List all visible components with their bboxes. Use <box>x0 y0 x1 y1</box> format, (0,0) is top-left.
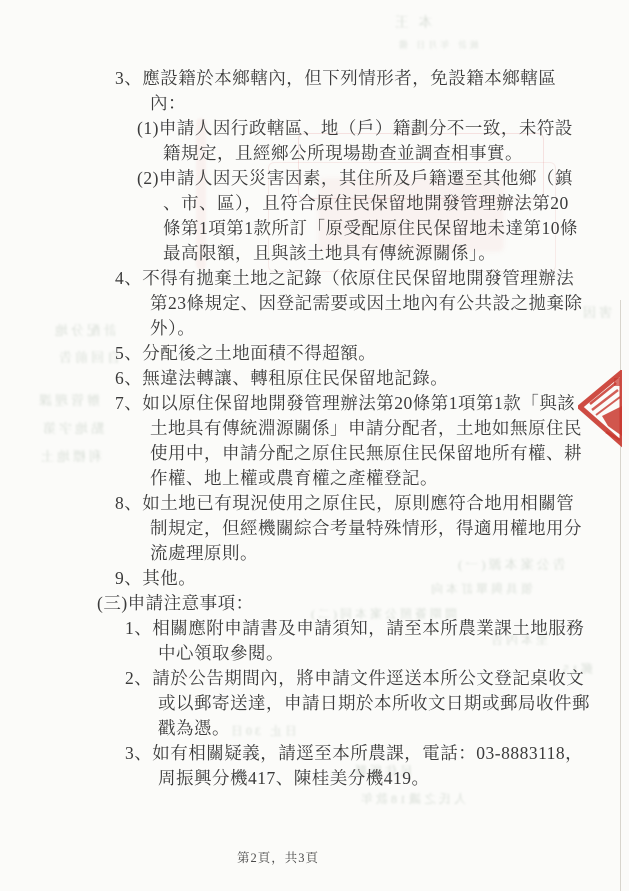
doc-line: 流處理原則。 <box>150 541 258 566</box>
doc-line: 制規定，但經機關綜合考量特殊情形，得適用權地用分 <box>150 516 582 541</box>
doc-line: 3、如有相關疑義，請逕至本所農課，電話：03-8883118， <box>125 741 583 766</box>
doc-line: 7、如以原住保留地開發管理辦法第20條第1項第1款「與該 <box>115 391 575 416</box>
scanned-document-page: 本 王 統計 年月日 備 計配分地 自回前告 辦管理課 點地字第 利標地土 害因… <box>0 0 629 891</box>
doc-line: 使用中，申請分配之原住民無原住民保留地所有權、耕 <box>150 441 582 466</box>
doc-line: 9、其他。 <box>115 566 196 591</box>
doc-line: (三)申請注意事項： <box>97 591 254 616</box>
bleedthrough-text: 點地字第 <box>40 418 104 437</box>
doc-line: 籍規定，且經鄉公所現場勘查並調查相事實。 <box>163 141 523 166</box>
doc-line: 或以郵寄送達，申請日期於本所收文日期或郵局收件郵 <box>158 691 590 716</box>
bleedthrough-text: 領具與單訂本向 <box>428 580 533 597</box>
doc-line: 5、分配後之土地面積不得超額。 <box>115 341 376 366</box>
doc-line: 作權、地上權或農育權之產權登記。 <box>150 466 438 491</box>
doc-line: 、市、區），且符合原住民保留地開發管理辦法第20 <box>163 191 569 216</box>
doc-line: 最高限額，且與該土地具有傳統源關係」。 <box>163 241 496 266</box>
bleedthrough-text: 本 王 <box>392 12 433 32</box>
bleedthrough-text: 日止 30日 <box>228 722 297 739</box>
doc-line: 8、如土地已有現況使用之原住民，原則應符合地用相關管 <box>115 491 574 516</box>
doc-line: 內： <box>150 91 186 116</box>
red-seal-stamp-icon <box>578 370 622 448</box>
doc-line: (1)申請人因行政轄區、地（戶）籍劃分不一致，未符設 <box>137 116 573 141</box>
doc-line: 外）。 <box>150 316 195 341</box>
doc-line: 戳為憑。 <box>158 716 230 741</box>
bleedthrough-text: 計配分地 <box>52 320 116 339</box>
doc-line: 4、不得有拋棄土地之記錄（依原住民保留地開發管理辦法 <box>115 266 574 291</box>
bleedthrough-text: 自回前告 <box>56 347 120 366</box>
doc-line: 中心領取參閱。 <box>158 641 284 666</box>
doc-line: 土地具有傳統淵源關係」申請分配者，土地如無原住民 <box>150 416 582 441</box>
doc-line: 1、相關應附申請書及申請須知，請至本所農業課土地服務 <box>125 616 584 641</box>
doc-line: 條第1項第1款所訂「原受配原住民保留地未達第10條 <box>163 216 578 241</box>
doc-line: 3、應設籍於本鄉轄內，但下列情形者，免設籍本鄉轄區 <box>115 66 556 91</box>
bleedthrough-text: 告公案本源(一) <box>455 554 566 573</box>
doc-line: 6、無違法轉讓、轉租原住民保留地記錄。 <box>115 366 448 391</box>
doc-line: (2)申請人因天災害因素，其住所及戶籍遷至其他鄉（鎮 <box>137 166 573 191</box>
bleedthrough-text: 統計 年月日 備 <box>396 38 479 51</box>
doc-line: 2、請於公告期間內，將申請文件逕送本所公文登記桌收文 <box>125 666 584 691</box>
bleedthrough-text: 害因 <box>580 302 612 321</box>
bleedthrough-text: 利標地土 <box>38 446 102 465</box>
page-number: 第2頁，共3頁 <box>237 848 319 866</box>
doc-line: 第23條規定、因登記需要或因土地內有公共設之拋棄除 <box>150 291 583 316</box>
bleedthrough-text: 辦管理課 <box>36 390 100 409</box>
doc-line: 周振興分機417、陳桂美分機419。 <box>158 766 430 791</box>
bleedthrough-text: 人氏之識18款年 <box>358 790 466 807</box>
